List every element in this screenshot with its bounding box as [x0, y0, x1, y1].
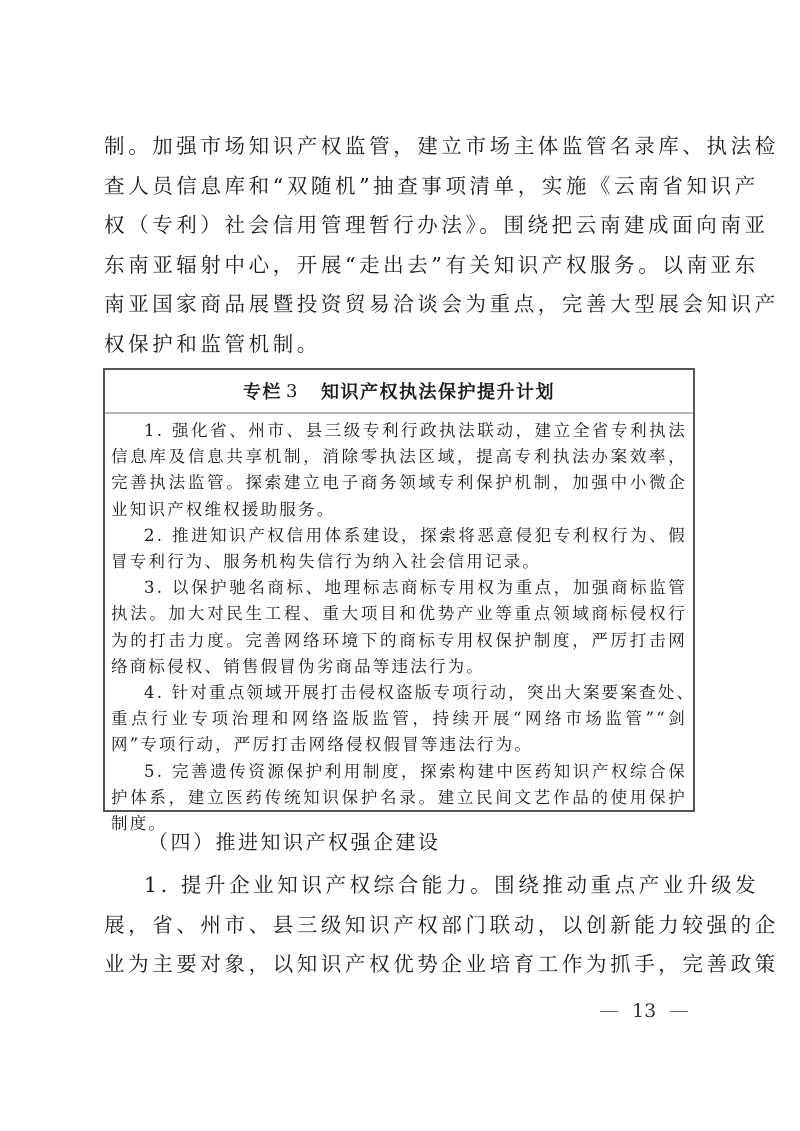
intro-paragraph: 制。加强市场知识产权监管，建立市场主体监管名录库、执法检 查人员信息库和“双随机… — [104, 127, 698, 364]
column-box-body: 1. 强化省、州市、县三级专利行政执法联动，建立全省专利执法 信息库及信息共享机… — [105, 414, 693, 837]
text-line: 制。加强市场知识产权监管，建立市场主体监管名录库、执法检 — [104, 127, 698, 167]
text-line: 5. 完善遗传资源保护利用制度，探索构建中医药知识产权综合保 — [111, 759, 687, 785]
text-line: 为的打击力度。完善网络环境下的商标专用权保护制度，严厉打击网 — [111, 628, 687, 654]
text-line: 重点行业专项治理和网络盗版监管，持续开展“网络市场监管”“剑 — [111, 706, 687, 732]
text-line: 查人员信息库和“双随机”抽查事项清单，实施《云南省知识产 — [104, 167, 698, 207]
text-line: 2. 推进知识产权信用体系建设，探索将恶意侵犯专利权行为、假 — [111, 523, 687, 549]
column-item-1: 1. 强化省、州市、县三级专利行政执法联动，建立全省专利执法 信息库及信息共享机… — [111, 418, 687, 523]
text-line: 信息库及信息共享机制，消除零执法区域，提高专利执法办案效率， — [111, 444, 687, 470]
section-heading: （四）推进知识产权强企建设 — [148, 826, 441, 855]
text-line: 南亚国家商品展暨投资贸易洽谈会为重点，完善大型展会知识产 — [104, 285, 698, 325]
text-line: 3. 以保护驰名商标、地理标志商标专用权为重点，加强商标监管 — [111, 575, 687, 601]
column-item-2: 2. 推进知识产权信用体系建设，探索将恶意侵犯专利权行为、假 冒专利行为、服务机… — [111, 523, 687, 575]
text-line: 冒专利行为、服务机构失信行为纳入社会信用记录。 — [111, 549, 687, 575]
dash-decoration — [670, 1011, 688, 1012]
column-box-title: 专栏 3 知识产权执法保护提升计划 — [105, 370, 693, 414]
page-number: 13 — [632, 1000, 656, 1022]
text-line: 权保护和监管机制。 — [104, 325, 698, 365]
text-line: 完善执法监管。探索建立电子商务领域专利保护机制，加强中小微企 — [111, 470, 687, 496]
column-box: 专栏 3 知识产权执法保护提升计划 1. 强化省、州市、县三级专利行政执法联动，… — [103, 368, 695, 812]
closing-paragraph: 1. 提升企业知识产权综合能力。围绕推动重点产业升级发 展，省、州市、县三级知识… — [104, 866, 698, 985]
column-item-3: 3. 以保护驰名商标、地理标志商标专用权为重点，加强商标监管 执法。加大对民生工… — [111, 575, 687, 680]
text-line: 护体系，建立医药传统知识保护名录。建立民间文艺作品的使用保护 — [111, 785, 687, 811]
text-line: 执法。加大对民生工程、重大项目和优势产业等重点领域商标侵权行 — [111, 601, 687, 627]
column-item-4: 4. 针对重点领域开展打击侵权盗版专项行动，突出大案要案查处、 重点行业专项治理… — [111, 680, 687, 759]
column-title-number: 3 — [286, 381, 299, 402]
text-line: 1. 提升企业知识产权综合能力。围绕推动重点产业升级发 — [104, 866, 698, 906]
dash-decoration — [600, 1011, 618, 1012]
column-title-prefix: 专栏 — [243, 378, 282, 404]
text-line: 业知识产权维权援助服务。 — [111, 497, 687, 523]
column-title-text: 知识产权执法保护提升计划 — [321, 378, 555, 404]
text-line: 4. 针对重点领域开展打击侵权盗版专项行动，突出大案要案查处、 — [111, 680, 687, 706]
text-line: 网”专项行动，严厉打击网络侵权假冒等违法行为。 — [111, 732, 687, 758]
text-line: 东南亚辐射中心，开展“走出去”有关知识产权服务。以南亚东 — [104, 246, 698, 286]
text-line: 络商标侵权、销售假冒伪劣商品等违法行为。 — [111, 654, 687, 680]
text-line: 业为主要对象，以知识产权优势企业培育工作为抓手，完善政策 — [104, 945, 698, 985]
text-line: 权（专利）社会信用管理暂行办法》。围绕把云南建成面向南亚 — [104, 206, 698, 246]
text-line: 展，省、州市、县三级知识产权部门联动，以创新能力较强的企 — [104, 906, 698, 946]
page-footer: 13 — [600, 1000, 700, 1022]
text-line: 1. 强化省、州市、县三级专利行政执法联动，建立全省专利执法 — [111, 418, 687, 444]
